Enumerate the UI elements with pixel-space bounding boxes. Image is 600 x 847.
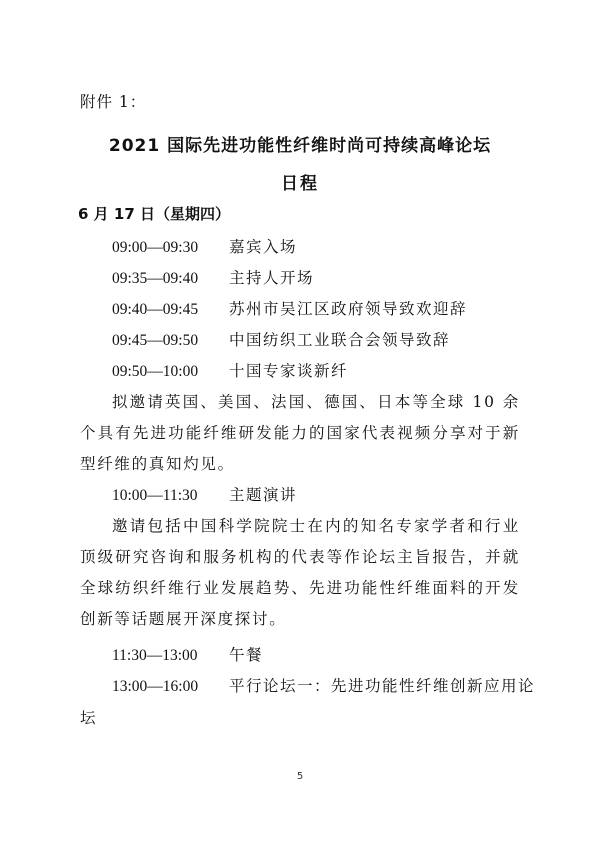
- document-page: 附件 1： 2021 国际先进功能性纤维时尚可持续高峰论坛 日程 6 月 17 …: [0, 0, 600, 847]
- schedule-label: 嘉宾入场: [229, 238, 297, 256]
- paragraph-keynote: 邀请包括中国科学院院士在内的知名专家学者和行业顶级研究咨询和服务机构的代表等作论…: [80, 511, 520, 635]
- schedule-time: 09:45—09:50: [112, 331, 229, 351]
- schedule-time: 09:40—09:45: [112, 300, 229, 320]
- schedule-time: 11:30—13:00: [112, 646, 229, 666]
- schedule-label: 主持人开场: [229, 269, 314, 287]
- schedule-item: 10:00—11:30主题演讲: [112, 485, 297, 506]
- page-number: 5: [0, 771, 600, 782]
- schedule-label: 苏州市吴江区政府领导致欢迎辞: [229, 300, 467, 318]
- schedule-time: 09:00—09:30: [112, 238, 229, 258]
- document-subtitle: 日程: [0, 174, 600, 194]
- attachment-label: 附件 1：: [80, 92, 146, 112]
- schedule-item: 09:40—09:45苏州市吴江区政府领导致欢迎辞: [112, 299, 467, 320]
- schedule-item: 11:30—13:00午餐: [112, 645, 263, 666]
- schedule-label: 主题演讲: [229, 486, 297, 504]
- schedule-item: 09:00—09:30嘉宾入场: [112, 237, 297, 258]
- schedule-item: 13:00—16:00平行论坛一：先进功能性纤维创新应用论: [112, 676, 535, 697]
- schedule-item: 09:35—09:40主持人开场: [112, 268, 314, 289]
- schedule-item: 09:50—10:00十国专家谈新纤: [112, 361, 348, 382]
- document-title: 2021 国际先进功能性纤维时尚可持续高峰论坛: [0, 136, 600, 156]
- schedule-time: 10:00—11:30: [112, 486, 229, 506]
- schedule-time: 13:00—16:00: [112, 677, 229, 697]
- schedule-label: 平行论坛一：先进功能性纤维创新应用论: [229, 677, 535, 695]
- date-header: 6 月 17 日（星期四）: [78, 204, 230, 224]
- schedule-label: 中国纺织工业联合会领导致辞: [229, 331, 450, 349]
- paragraph-ten-nations: 拟邀请英国、美国、法国、德国、日本等全球 10 余个具有先进功能纤维研发能力的国…: [80, 387, 520, 480]
- schedule-label: 十国专家谈新纤: [229, 362, 348, 380]
- schedule-time: 09:50—10:00: [112, 362, 229, 382]
- schedule-time: 09:35—09:40: [112, 269, 229, 289]
- schedule-item: 09:45—09:50中国纺织工业联合会领导致辞: [112, 330, 450, 351]
- schedule-label: 午餐: [229, 646, 263, 664]
- schedule-label-continuation: 坛: [80, 708, 96, 728]
